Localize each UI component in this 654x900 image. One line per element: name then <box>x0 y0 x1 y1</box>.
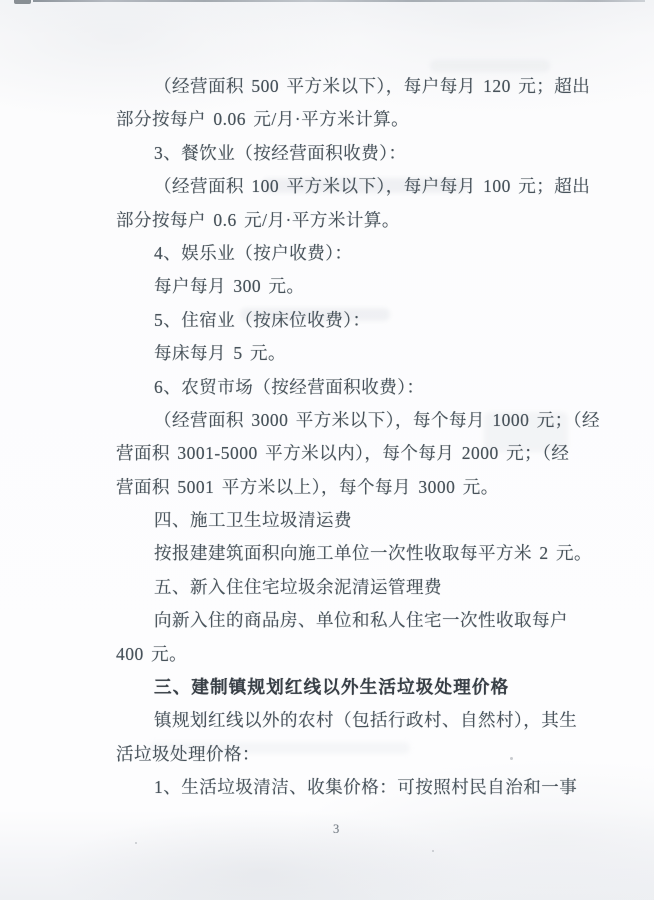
scanned-document-page: { "colors": { "ink": "#47525a", "ink_bol… <box>0 0 654 900</box>
text-line: 五、新入住住宅垃圾余泥清运管理费 <box>116 571 592 604</box>
text-line: 1、生活垃圾清洁、收集价格：可按照村民自治和一事 <box>116 771 592 804</box>
text-line: 镇规划红线以外的农村（包括行政村、自然村），其生 <box>116 704 592 737</box>
page-number: 3 <box>333 822 339 837</box>
dust-speck <box>135 842 137 844</box>
text-line: 每床每月 5 元。 <box>116 337 592 370</box>
text-line: 部分按每户 0.6 元/月·平方米计算。 <box>116 204 592 237</box>
text-line: 400 元。 <box>116 638 592 671</box>
text-line: （经营面积 100 平方米以下），每户每月 100 元；超出 <box>116 170 592 203</box>
text-line: （经营面积 3000 平方米以下），每个每月 1000 元；（经 <box>116 404 592 437</box>
section-heading: 三、建制镇规划红线以外生活垃圾处理价格 <box>116 671 592 704</box>
scan-edge-line <box>33 0 645 2</box>
text-line: （经营面积 500 平方米以下），每户每月 120 元；超出 <box>116 70 592 103</box>
dust-speck <box>432 850 434 852</box>
text-line: 部分按每户 0.06 元/月·平方米计算。 <box>116 103 592 136</box>
text-line: 四、施工卫生垃圾清运费 <box>116 504 592 537</box>
scan-edge-blob <box>14 0 31 4</box>
text-line: 6、农贸市场（按经营面积收费）： <box>116 371 592 404</box>
text-line: 营面积 5001 平方米以上），每个每月 3000 元。 <box>116 471 592 504</box>
text-line: 3、餐饮业（按经营面积收费）： <box>116 137 592 170</box>
text-line: 按报建建筑面积向施工单位一次性收取每平方米 2 元。 <box>116 537 592 570</box>
text-line: 5、住宿业（按床位收费）： <box>116 304 592 337</box>
text-line: 营面积 3001-5000 平方米以内），每个每月 2000 元；（经 <box>116 437 592 470</box>
text-line: 活垃圾处理价格： <box>116 738 592 771</box>
text-line: 4、娱乐业（按户收费）： <box>116 237 592 270</box>
text-line: 向新入住的商品房、单位和私人住宅一次性收取每户 <box>116 604 592 637</box>
text-line: 每户每月 300 元。 <box>116 270 592 303</box>
document-body: （经营面积 500 平方米以下），每户每月 120 元；超出部分按每户 0.06… <box>116 70 592 805</box>
